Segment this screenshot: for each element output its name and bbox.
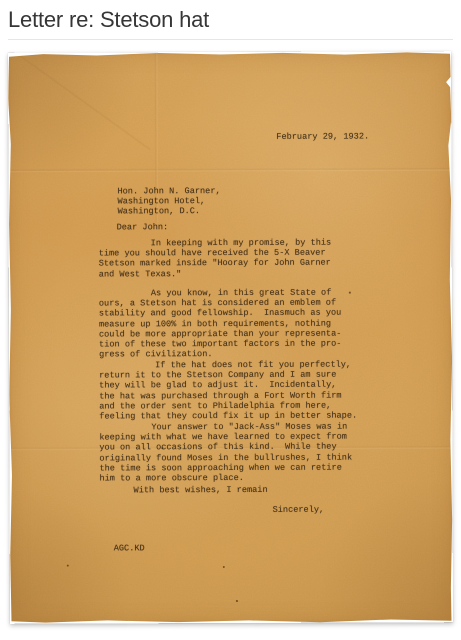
paper-speck [67, 565, 69, 567]
letter-paragraph: As you know, in this great State of ours… [99, 288, 367, 360]
letter-paper: February 29, 1932. Hon. John N. Garner, … [8, 51, 453, 624]
letter-paragraph: If the hat does not fit you perfectly, r… [99, 360, 367, 422]
letter-paragraph: In keeping with my promise, by this time… [99, 238, 367, 280]
paper-crease [8, 167, 451, 173]
header-divider [8, 39, 453, 40]
paper-speck [236, 600, 238, 602]
letter-recipient-address: Hon. John N. Garner, Washington Hotel, W… [117, 186, 220, 217]
page-header: Letter re: Stetson hat [0, 0, 461, 40]
letter-signoff: Sincerely, [273, 505, 325, 515]
letter-paragraph: Your answer to "Jack-Ass" Moses was in k… [99, 422, 367, 484]
paper-speck [223, 566, 225, 568]
letter-closing: With best wishes, I remain [134, 485, 268, 496]
page-title: Letter re: Stetson hat [8, 6, 453, 34]
letter-typist-initials: AGC.KD [114, 543, 145, 553]
letter-salutation: Dear John: [117, 222, 169, 232]
letter-date: February 29, 1932. [276, 132, 369, 143]
letter-scan: February 29, 1932. Hon. John N. Garner, … [8, 51, 453, 624]
paper-crease [0, 37, 151, 151]
